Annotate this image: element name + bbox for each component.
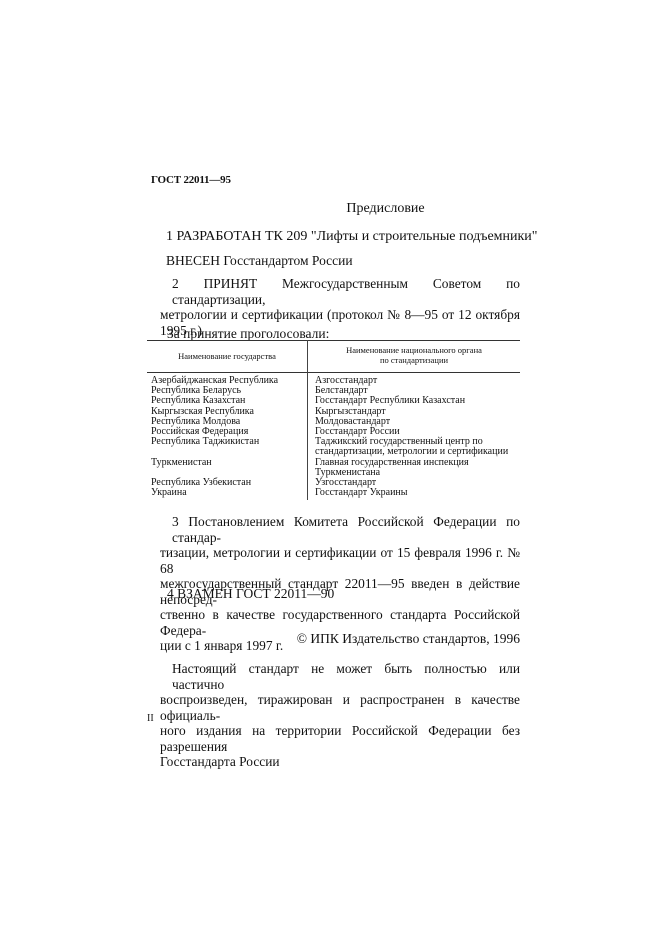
column-header-line: по стандартизации xyxy=(308,355,520,365)
text-line: ного издания на территории Российской Фе… xyxy=(160,723,520,754)
table-header-rule xyxy=(147,372,520,373)
body-line: Госстандарт Украины xyxy=(315,488,520,498)
text-line: метрологии и сертификации (протокол № 8—… xyxy=(160,307,520,323)
column-header-line: Наименование национального органа xyxy=(308,345,520,355)
reproduction-notice: Настоящий стандарт не может быть полност… xyxy=(160,661,520,770)
table-row: Туркменистан Главная государственная инс… xyxy=(147,458,520,478)
state-cell: Туркменистан xyxy=(151,458,212,468)
text-line: Госстандарта России xyxy=(160,754,520,770)
text-line: воспроизведен, тиражирован и распростран… xyxy=(160,692,520,723)
page-number: II xyxy=(147,713,154,724)
table-row: Украина Госстандарт Украины xyxy=(147,488,520,498)
document-page: ГОСТ 22011—95 Предисловие 1 РАЗРАБОТАН Т… xyxy=(0,0,661,935)
text-line: тизации, метрологии и сертификации от 15… xyxy=(160,545,520,576)
table-body: Азербайджанская Республика Азгосстандарт… xyxy=(147,376,520,498)
column-header-state: Наименование государства xyxy=(147,351,307,361)
text-line: 3 Постановлением Комитета Российской Фед… xyxy=(160,514,520,545)
body-cell: Главная государственная инспекция Туркме… xyxy=(315,458,520,478)
state-cell: Украина xyxy=(151,488,187,498)
table-row: Республика Таджикистан Таджикский госуда… xyxy=(147,437,520,457)
copyright-notice: © ИПК Издательство стандартов, 1996 xyxy=(0,631,520,647)
state-cell: Республика Таджикистан xyxy=(151,437,259,447)
preface-title: Предисловие xyxy=(0,201,661,217)
item-4-replaces: 4 ВЗАМЕН ГОСТ 22011—90 xyxy=(167,586,527,602)
item-1-introduced: ВНЕСЕН Госстандартом России xyxy=(166,253,526,269)
body-cell: Госстандарт Украины xyxy=(315,488,520,498)
column-header-standards-body: Наименование национального органа по ста… xyxy=(308,345,520,365)
text-line: Настоящий стандарт не может быть полност… xyxy=(160,661,520,692)
text-line: 2 ПРИНЯТ Межгосударственным Советом по с… xyxy=(160,276,520,307)
table-top-rule xyxy=(147,340,520,341)
body-cell: Таджикский государственный центр по стан… xyxy=(315,437,520,457)
item-1-developed: 1 РАЗРАБОТАН ТК 209 "Лифты и строительны… xyxy=(166,229,526,245)
document-code: ГОСТ 22011—95 xyxy=(151,174,231,186)
